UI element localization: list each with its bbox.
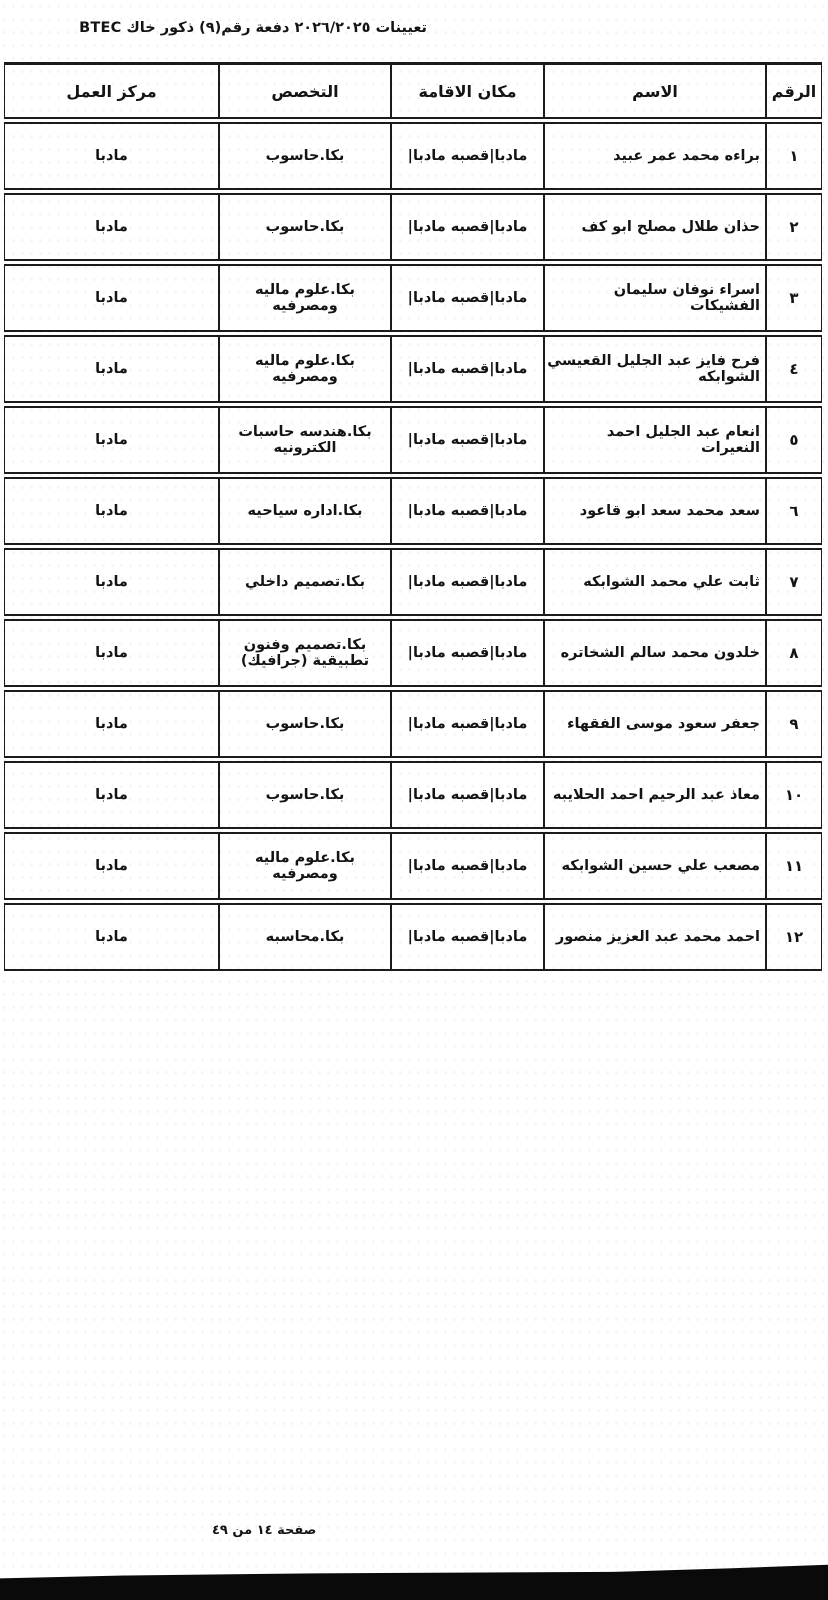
cell-name: انعام عبد الجليل احمد النعيرات (544, 406, 766, 474)
cell-residence: مادبا|قصبه مادبا| (391, 122, 544, 190)
page-number-footer: صفحة ١٤ من ٤٩ (212, 1523, 316, 1538)
header-number: الرقم (766, 62, 822, 119)
table-row: ١١مصعب علي حسين الشوابكهمادبا|قصبه مادبا… (4, 832, 822, 900)
cell-specialization: بكا.هندسه حاسبات الكترونيه (219, 406, 391, 474)
cell-residence: مادبا|قصبه مادبا| (391, 406, 544, 474)
header-residence: مكان الاقامة (391, 62, 544, 119)
cell-specialization: بكا.علوم ماليه ومصرفيه (219, 335, 391, 403)
table-body: ١براءه محمد عمر عبيدمادبا|قصبه مادبا|بكا… (4, 122, 822, 971)
table-row: ٧ثابت علي محمد الشوابكهمادبا|قصبه مادبا|… (4, 548, 822, 616)
cell-specialization: بكا.اداره سياحيه (219, 477, 391, 545)
scanned-document-page: { "page": { "title": "تعيينات ٢٠٢٦/٢٠٢٥ … (0, 0, 828, 1600)
cell-number: ٢ (766, 193, 822, 261)
cell-name: سعد محمد سعد ابو قاعود (544, 477, 766, 545)
cell-work-center: مادبا (4, 264, 219, 332)
cell-specialization: بكا.حاسوب (219, 761, 391, 829)
cell-specialization: بكا.تصميم وفنون تطبيقية (جرافيك) (219, 619, 391, 687)
cell-name: اسراء نوفان سليمان الفشيكات (544, 264, 766, 332)
cell-residence: مادبا|قصبه مادبا| (391, 761, 544, 829)
cell-name: احمد محمد عبد العزيز منصور (544, 903, 766, 971)
table-row: ٨خلدون محمد سالم الشخاترهمادبا|قصبه مادب… (4, 619, 822, 687)
cell-specialization: بكا.محاسبه (219, 903, 391, 971)
cell-name: خلدون محمد سالم الشخاتره (544, 619, 766, 687)
cell-specialization: بكا.علوم ماليه ومصرفيه (219, 264, 391, 332)
cell-number: ٥ (766, 406, 822, 474)
cell-name: فرح فايز عبد الجليل القعيسي الشوابكه (544, 335, 766, 403)
header-name: الاسم (544, 62, 766, 119)
cell-residence: مادبا|قصبه مادبا| (391, 832, 544, 900)
cell-residence: مادبا|قصبه مادبا| (391, 619, 544, 687)
appointments-table: الرقم الاسم مكان الاقامة التخصص مركز الع… (4, 59, 822, 974)
header-work-center: مركز العمل (4, 62, 219, 119)
cell-residence: مادبا|قصبه مادبا| (391, 264, 544, 332)
cell-name: ثابت علي محمد الشوابكه (544, 548, 766, 616)
cell-name: جعفر سعود موسى الفقهاء (544, 690, 766, 758)
cell-specialization: بكا.علوم ماليه ومصرفيه (219, 832, 391, 900)
table-row: ٣اسراء نوفان سليمان الفشيكاتمادبا|قصبه م… (4, 264, 822, 332)
cell-work-center: مادبا (4, 903, 219, 971)
cell-work-center: مادبا (4, 690, 219, 758)
cell-work-center: مادبا (4, 193, 219, 261)
cell-specialization: بكا.حاسوب (219, 690, 391, 758)
cell-name: براءه محمد عمر عبيد (544, 122, 766, 190)
cell-number: ٨ (766, 619, 822, 687)
cell-specialization: بكا.حاسوب (219, 122, 391, 190)
table-header-row: الرقم الاسم مكان الاقامة التخصص مركز الع… (4, 62, 822, 119)
table-row: ٦سعد محمد سعد ابو قاعودمادبا|قصبه مادبا|… (4, 477, 822, 545)
table-row: ١٠معاذ عبد الرحيم احمد الحلايبهمادبا|قصب… (4, 761, 822, 829)
cell-work-center: مادبا (4, 477, 219, 545)
cell-residence: مادبا|قصبه مادبا| (391, 335, 544, 403)
cell-work-center: مادبا (4, 832, 219, 900)
table-row: ١٢احمد محمد عبد العزيز منصورمادبا|قصبه م… (4, 903, 822, 971)
cell-number: ٦ (766, 477, 822, 545)
cell-number: ٣ (766, 264, 822, 332)
cell-name: مصعب علي حسين الشوابكه (544, 832, 766, 900)
cell-number: ٧ (766, 548, 822, 616)
table-row: ٤فرح فايز عبد الجليل القعيسي الشوابكهماد… (4, 335, 822, 403)
cell-residence: مادبا|قصبه مادبا| (391, 477, 544, 545)
cell-work-center: مادبا (4, 619, 219, 687)
cell-number: ١١ (766, 832, 822, 900)
table-row: ١براءه محمد عمر عبيدمادبا|قصبه مادبا|بكا… (4, 122, 822, 190)
cell-number: ١٢ (766, 903, 822, 971)
cell-work-center: مادبا (4, 548, 219, 616)
cell-number: ٤ (766, 335, 822, 403)
cell-name: معاذ عبد الرحيم احمد الحلايبه (544, 761, 766, 829)
cell-work-center: مادبا (4, 761, 219, 829)
header-specialization: التخصص (219, 62, 391, 119)
cell-residence: مادبا|قصبه مادبا| (391, 193, 544, 261)
scan-artifact-band (0, 1564, 828, 1600)
cell-work-center: مادبا (4, 122, 219, 190)
cell-number: ١ (766, 122, 822, 190)
cell-work-center: مادبا (4, 335, 219, 403)
cell-specialization: بكا.تصميم داخلي (219, 548, 391, 616)
cell-residence: مادبا|قصبه مادبا| (391, 690, 544, 758)
cell-number: ٩ (766, 690, 822, 758)
cell-residence: مادبا|قصبه مادبا| (391, 903, 544, 971)
cell-name: حذان طلال مصلح ابو كف (544, 193, 766, 261)
cell-specialization: بكا.حاسوب (219, 193, 391, 261)
table-row: ٥انعام عبد الجليل احمد النعيراتمادبا|قصب… (4, 406, 822, 474)
table-row: ٩جعفر سعود موسى الفقهاءمادبا|قصبه مادبا|… (4, 690, 822, 758)
cell-work-center: مادبا (4, 406, 219, 474)
document-title: تعيينات ٢٠٢٦/٢٠٢٥ دفعة رقم(٩) ذكور خاك B… (79, 20, 427, 36)
cell-number: ١٠ (766, 761, 822, 829)
appointments-table-container: الرقم الاسم مكان الاقامة التخصص مركز الع… (4, 59, 822, 974)
table-row: ٢حذان طلال مصلح ابو كفمادبا|قصبه مادبا|ب… (4, 193, 822, 261)
cell-residence: مادبا|قصبه مادبا| (391, 548, 544, 616)
